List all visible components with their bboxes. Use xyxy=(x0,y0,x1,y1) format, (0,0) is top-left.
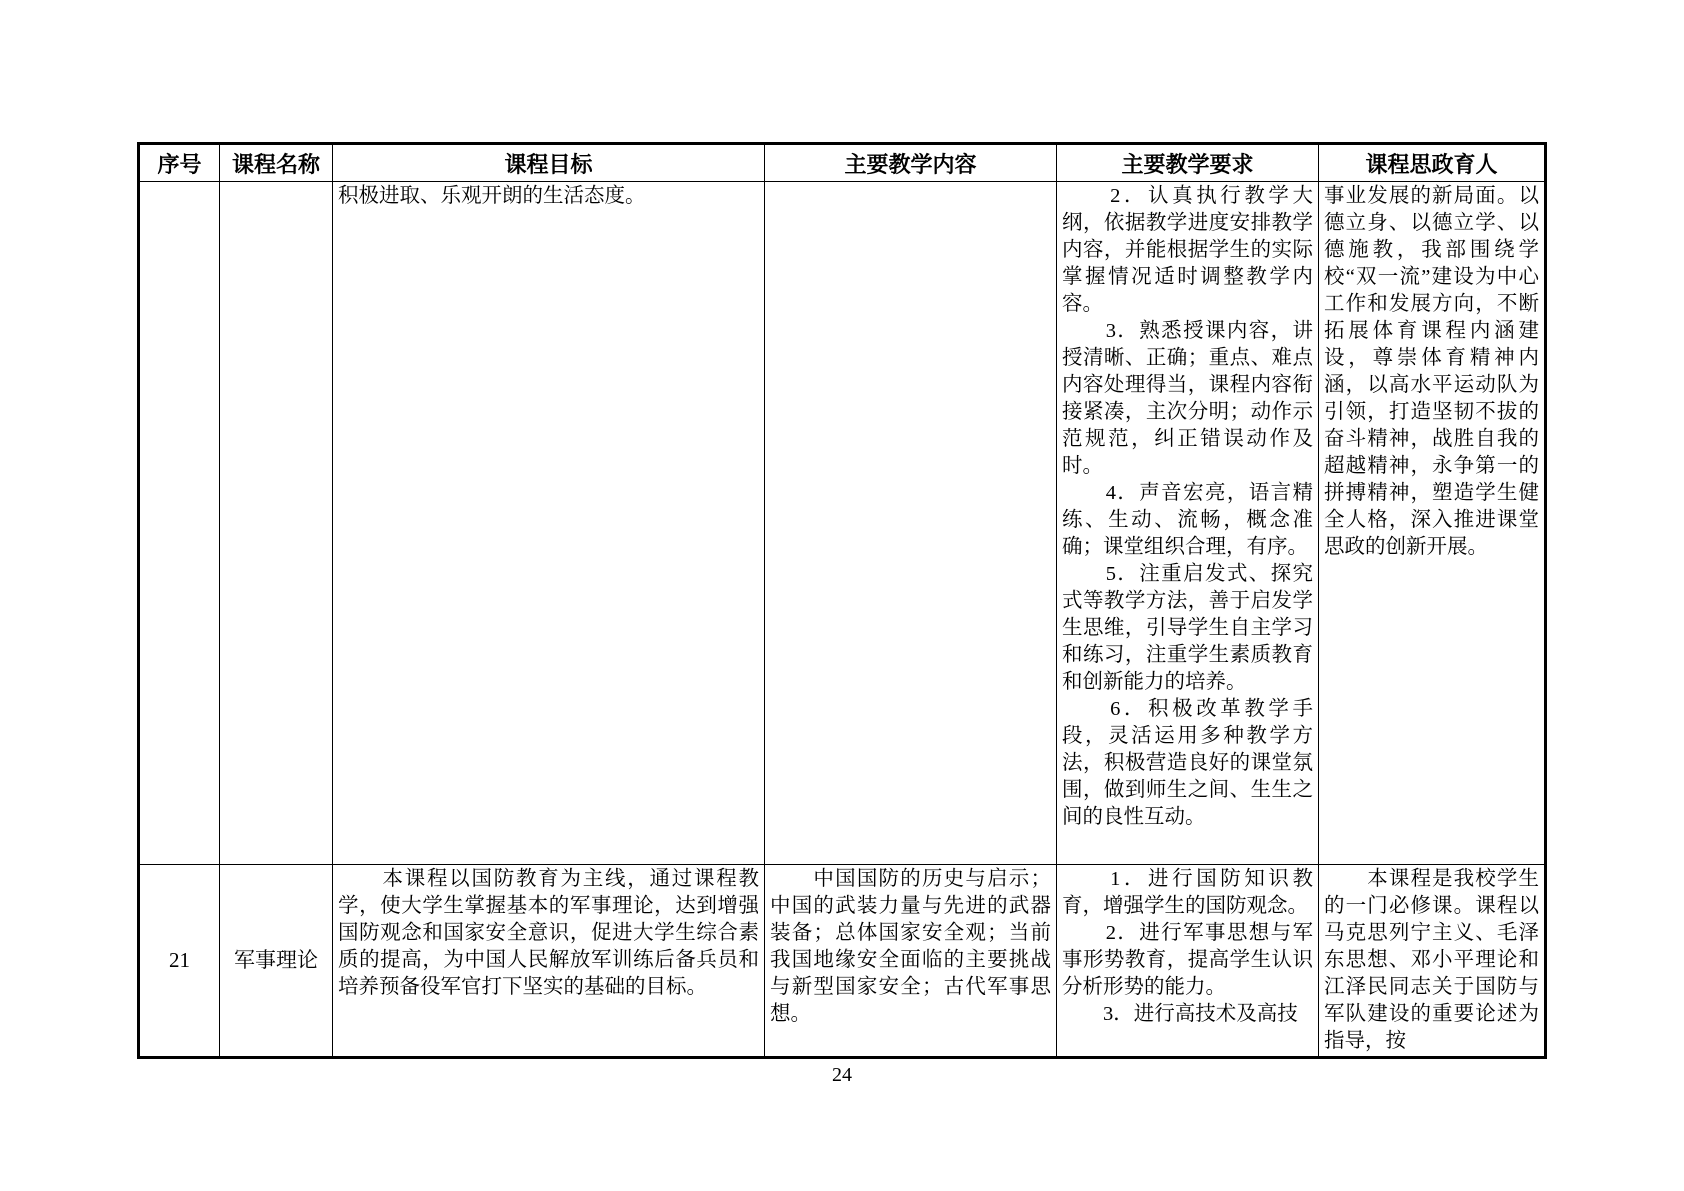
course-table: 序号 课程名称 课程目标 主要教学内容 主要教学要求 课程思政育人 积极进取、乐… xyxy=(137,142,1547,1059)
header-course-name: 课程名称 xyxy=(220,144,333,182)
page-number: 24 xyxy=(0,1064,1684,1087)
paragraph: 3．进行高技术及高技 xyxy=(1062,1001,1313,1028)
cell-teaching-requirements: 1．进行国防知识教育，增强学生的国防观念。 2．进行军事思想与军事形势教育，提高… xyxy=(1057,865,1319,1058)
paragraph: 2．进行军事思想与军事形势教育，提高学生认识分析形势的能力。 xyxy=(1062,920,1313,1001)
header-seq: 序号 xyxy=(139,144,220,182)
header-objectives: 课程目标 xyxy=(333,144,765,182)
cell-ideology-education: 事业发展的新局面。以德立身、以德立学、以德施教，我部围绕学校“双一流”建设为中心… xyxy=(1319,182,1546,865)
cell-objectives: 积极进取、乐观开朗的生活态度。 xyxy=(333,182,765,865)
cell-seq: 21 xyxy=(139,865,220,1058)
paragraph: 4．声音宏亮，语言精练、生动、流畅，概念准确；课堂组织合理，有序。 xyxy=(1062,480,1313,561)
page: 序号 课程名称 课程目标 主要教学内容 主要教学要求 课程思政育人 积极进取、乐… xyxy=(0,0,1684,1191)
paragraph: 本课程以国防教育为主线，通过课程教学，使大学生掌握基本的军事理论，达到增强国防观… xyxy=(338,866,759,1001)
paragraph: 6．积极改革教学手段，灵活运用多种教学方法，积极营造良好的课堂氛围，做到师生之间… xyxy=(1062,696,1313,831)
cell-teaching-content xyxy=(765,182,1057,865)
paragraph: 本课程是我校学生的一门必修课。课程以马克思列宁主义、毛泽东思想、邓小平理论和江泽… xyxy=(1324,866,1539,1055)
header-teaching-content: 主要教学内容 xyxy=(765,144,1057,182)
header-ideology-education: 课程思政育人 xyxy=(1319,144,1546,182)
cell-teaching-content: 中国国防的历史与启示；中国的武装力量与先进的武器装备；总体国家安全观；当前我国地… xyxy=(765,865,1057,1058)
cell-course-name xyxy=(220,182,333,865)
cell-teaching-requirements: 2．认真执行教学大纲，依据教学进度安排教学内容，并能根据学生的实际掌握情况适时调… xyxy=(1057,182,1319,865)
paragraph: 2．认真执行教学大纲，依据教学进度安排教学内容，并能根据学生的实际掌握情况适时调… xyxy=(1062,183,1313,318)
paragraph: 1．进行国防知识教育，增强学生的国防观念。 xyxy=(1062,866,1313,920)
paragraph: 事业发展的新局面。以德立身、以德立学、以德施教，我部围绕学校“双一流”建设为中心… xyxy=(1324,183,1539,561)
cell-ideology-education: 本课程是我校学生的一门必修课。课程以马克思列宁主义、毛泽东思想、邓小平理论和江泽… xyxy=(1319,865,1546,1058)
cell-objectives: 本课程以国防教育为主线，通过课程教学，使大学生掌握基本的军事理论，达到增强国防观… xyxy=(333,865,765,1058)
table-row-21: 21 军事理论 本课程以国防教育为主线，通过课程教学，使大学生掌握基本的军事理论… xyxy=(139,865,1546,1058)
paragraph: 5．注重启发式、探究式等教学方法，善于启发学生思维，引导学生自主学习和练习，注重… xyxy=(1062,561,1313,696)
paragraph: 中国国防的历史与启示；中国的武装力量与先进的武器装备；总体国家安全观；当前我国地… xyxy=(770,866,1051,1028)
paragraph: 积极进取、乐观开朗的生活态度。 xyxy=(338,183,759,210)
header-row: 序号 课程名称 课程目标 主要教学内容 主要教学要求 课程思政育人 xyxy=(139,144,1546,182)
cell-seq xyxy=(139,182,220,865)
cell-course-name: 军事理论 xyxy=(220,865,333,1058)
paragraph: 3．熟悉授课内容，讲授清晰、正确；重点、难点内容处理得当，课程内容衔接紧凑，主次… xyxy=(1062,318,1313,480)
header-teaching-requirements: 主要教学要求 xyxy=(1057,144,1319,182)
table-row-continuation: 积极进取、乐观开朗的生活态度。 2．认真执行教学大纲，依据教学进度安排教学内容，… xyxy=(139,182,1546,865)
